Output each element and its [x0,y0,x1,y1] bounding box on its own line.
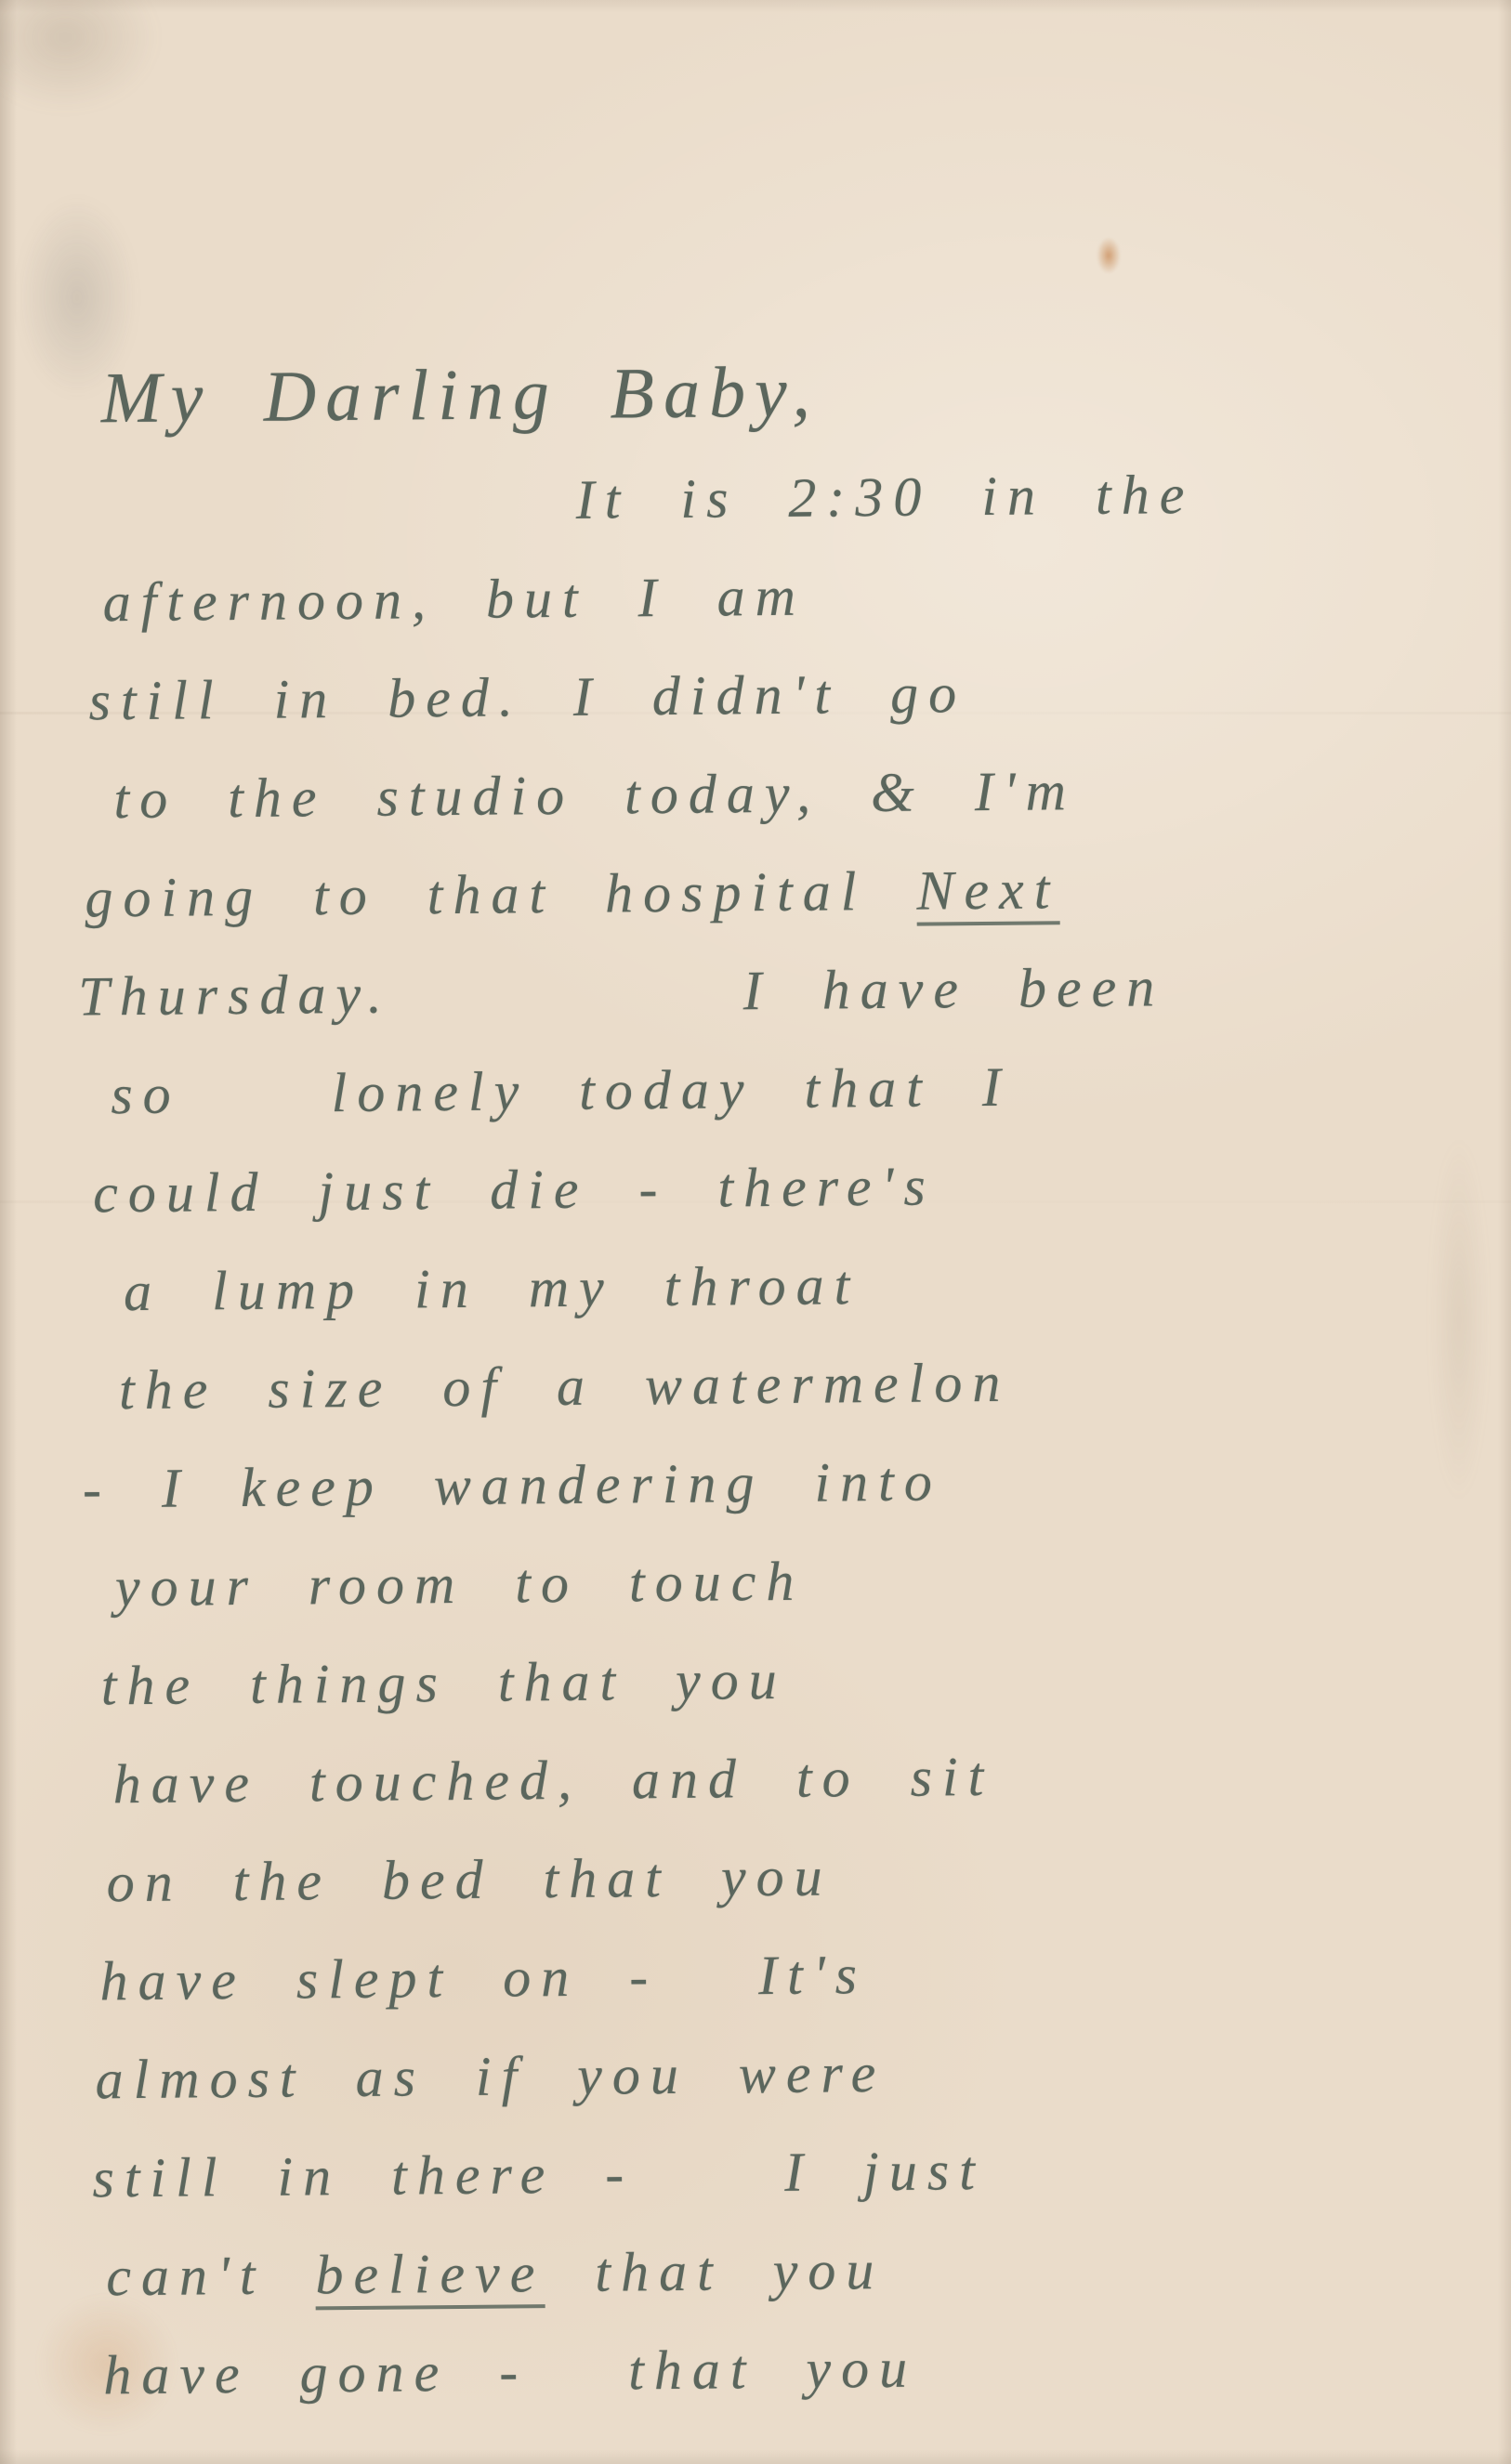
line-segment: It is 2:30 in the [575,464,1194,531]
letter-line: your room to touch [83,1527,1466,1638]
line-segment: have touched, and to sit [112,1746,993,1815]
line-segment: afternoon, but I am [102,566,806,634]
letter-lines: It is 2:30 in theafternoon, but I amstil… [73,444,1473,2426]
line-segment: your room to touch [115,1551,805,1618]
letter-line: so lonely today that I [79,1035,1463,1146]
letter-line: almost as if you were [87,2019,1471,2130]
line-segment: so lonely today that I [111,1056,1011,1125]
paper-stain [0,0,158,111]
letter-line: have gone - that you [90,2314,1474,2425]
letter-line: still in bed. I didn't go [75,641,1459,752]
line-segment: still in there - I just [92,2140,985,2208]
line-segment: can't [106,2244,316,2307]
salutation: My Darling Baby, [100,340,1456,456]
line-segment: to the studio today, & I'm [113,760,1076,830]
line-segment: a lump in my throat [124,1254,861,1322]
letter-paper: My Darling Baby, It is 2:30 in theaftern… [0,0,1511,2464]
letter-line: - I keep wandering into [83,1429,1466,1540]
letter-line: on the bed that you [85,1822,1469,1933]
letter-line: the size of a watermelon [82,1330,1465,1441]
letter-line: the things that you [84,1625,1467,1736]
letter-line: a lump in my throat [81,1232,1465,1343]
line-segment: still in bed. I didn't go [88,662,966,731]
letter-body: My Darling Baby, It is 2:30 in theaftern… [72,340,1473,2426]
letter-line: could just die - there's [80,1134,1464,1244]
letter-line: Thursday. I have been [78,937,1462,1047]
letter-line: afternoon, but I am [74,543,1458,653]
line-segment: have slept on - It's [99,1944,867,2012]
line-segment: that you [545,2239,885,2303]
letter-line: have slept on - It's [86,1920,1470,2031]
line-segment: have gone - that you [103,2338,917,2406]
line-segment: the things that you [101,1649,788,1716]
line-segment: on the bed that you [106,1845,832,1913]
line-segment: could just die - there's [93,1155,936,1224]
letter-line: still in there - I just [88,2117,1472,2228]
paper-stain [1097,237,1121,274]
letter-line: going to that hospital Next [77,838,1461,949]
letter-line: can't believe that you [89,2216,1473,2326]
letter-line: to the studio today, & I'm [76,740,1460,850]
letter-line: It is 2:30 in the [73,444,1457,555]
letter-line: have touched, and to sit [85,1723,1468,1834]
underlined-word: believe [315,2242,545,2310]
line-segment: almost as if you were [95,2042,886,2110]
line-segment: Thursday. I have been [78,956,1164,1027]
line-segment: - I keep wandering into [83,1450,942,1519]
underlined-word: Next [916,858,1060,925]
line-segment: going to that hospital [85,860,917,929]
line-segment: the size of a watermelon [119,1352,1011,1421]
